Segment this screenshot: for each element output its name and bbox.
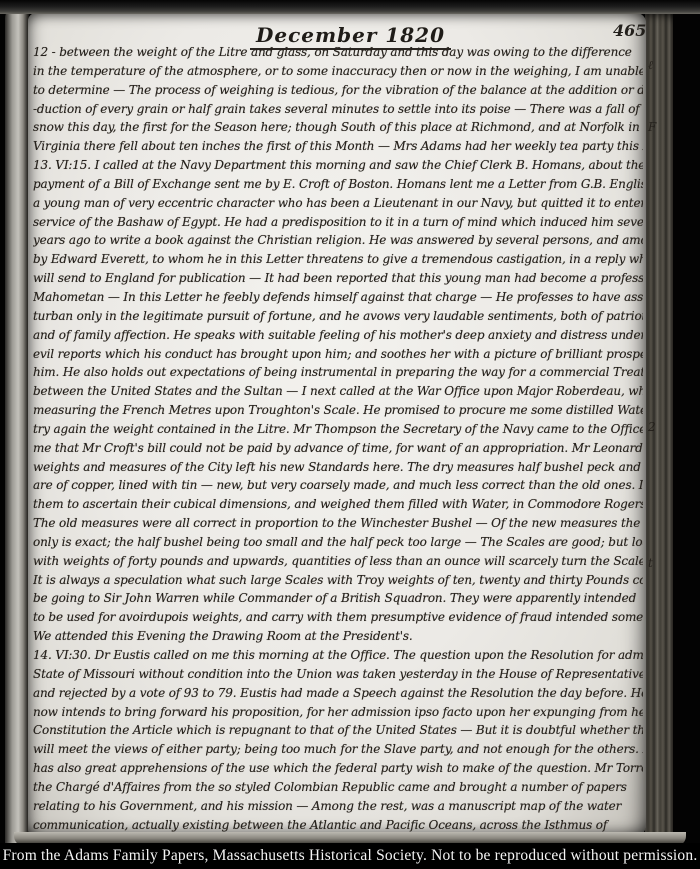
manuscript-line: and of family affection. He speaks with … [33, 326, 643, 345]
manuscript-line: 13. VI:15. I called at the Navy Departme… [33, 156, 643, 175]
manuscript-line: will send to England for publication — I… [33, 269, 643, 288]
diary-page: December 1820 465 12 - between the weigh… [28, 13, 646, 837]
manuscript-line: service of the Bashaw of Egypt. He had a… [33, 213, 643, 232]
manuscript-text: 12 - between the weight of the Litre and… [33, 43, 643, 835]
manuscript-line: with weights of forty pounds and upwards… [33, 552, 643, 571]
manuscript-line: them to ascertain their cubical dimensio… [33, 495, 643, 514]
manuscript-line: It is always a speculation what such lar… [33, 571, 643, 590]
manuscript-line: Virginia there fell about ten inches the… [33, 137, 643, 156]
manuscript-line: -duction of every grain or half grain ta… [33, 100, 643, 119]
manuscript-line: to determine — The process of weighing i… [33, 81, 643, 100]
manuscript-line: turban only in the legitimate pursuit of… [33, 307, 643, 326]
manuscript-line: snow this day, the first for the Season … [33, 118, 643, 137]
manuscript-line: payment of a Bill of Exchange sent me by… [33, 175, 643, 194]
manuscript-line: measuring the French Metres upon Trought… [33, 401, 643, 420]
manuscript-line: be going to Sir John Warren while Comman… [33, 589, 643, 608]
manuscript-line: years ago to write a book against the Ch… [33, 231, 643, 250]
credit-text: From the Adams Family Papers, Massachuse… [3, 847, 698, 865]
manuscript-line: 14. VI:30. Dr Eustis called on me this m… [33, 646, 643, 665]
manuscript-line: State of Missouri without condition into… [33, 665, 643, 684]
page-number: 465 [613, 21, 646, 40]
manuscript-line: to be used for avoirdupois weights, and … [33, 608, 643, 627]
manuscript-line: We attended this Evening the Drawing Roo… [33, 627, 643, 646]
scan-top-edge [0, 0, 700, 14]
manuscript-line: in the temperature of the atmosphere, or… [33, 62, 643, 81]
manuscript-scan: December 1820 465 12 - between the weigh… [0, 0, 700, 869]
manuscript-line: a young man of very eccentric character … [33, 194, 643, 213]
manuscript-line: has also great apprehensions of the use … [33, 759, 643, 778]
manuscript-line: him. He also holds out expectations of b… [33, 363, 643, 382]
manuscript-line: The old measures were all correct in pro… [33, 514, 643, 533]
manuscript-line: relating to his Government, and his miss… [33, 797, 643, 816]
manuscript-line: by Edward Everett, to whom he in this Le… [33, 250, 643, 269]
manuscript-line: evil reports which his conduct has broug… [33, 345, 643, 364]
manuscript-line: weights and measures of the City left hi… [33, 458, 643, 477]
manuscript-line: Mahometan — In this Letter he feebly def… [33, 288, 643, 307]
manuscript-line: the Chargé d'Affaires from the so styled… [33, 778, 643, 797]
manuscript-line: only is exact; the half bushel being too… [33, 533, 643, 552]
manuscript-line: are of copper, lined with tin — new, but… [33, 476, 643, 495]
manuscript-line: try again the weight contained in the Li… [33, 420, 643, 439]
manuscript-line: now intends to bring forward his proposi… [33, 703, 643, 722]
manuscript-line: Constitution the Article which is repugn… [33, 721, 643, 740]
manuscript-line: and rejected by a vote of 93 to 79. Eust… [33, 684, 643, 703]
book-page-edges [645, 10, 673, 852]
manuscript-line: will meet the views of either party; bei… [33, 740, 643, 759]
manuscript-line: me that Mr Croft's bill could not be pai… [33, 439, 643, 458]
credit-footer: From the Adams Family Papers, Massachuse… [0, 843, 700, 869]
book-binding-edge [5, 8, 29, 858]
manuscript-line: between the United States and the Sultan… [33, 382, 643, 401]
manuscript-line: 12 - between the weight of the Litre and… [33, 43, 643, 62]
